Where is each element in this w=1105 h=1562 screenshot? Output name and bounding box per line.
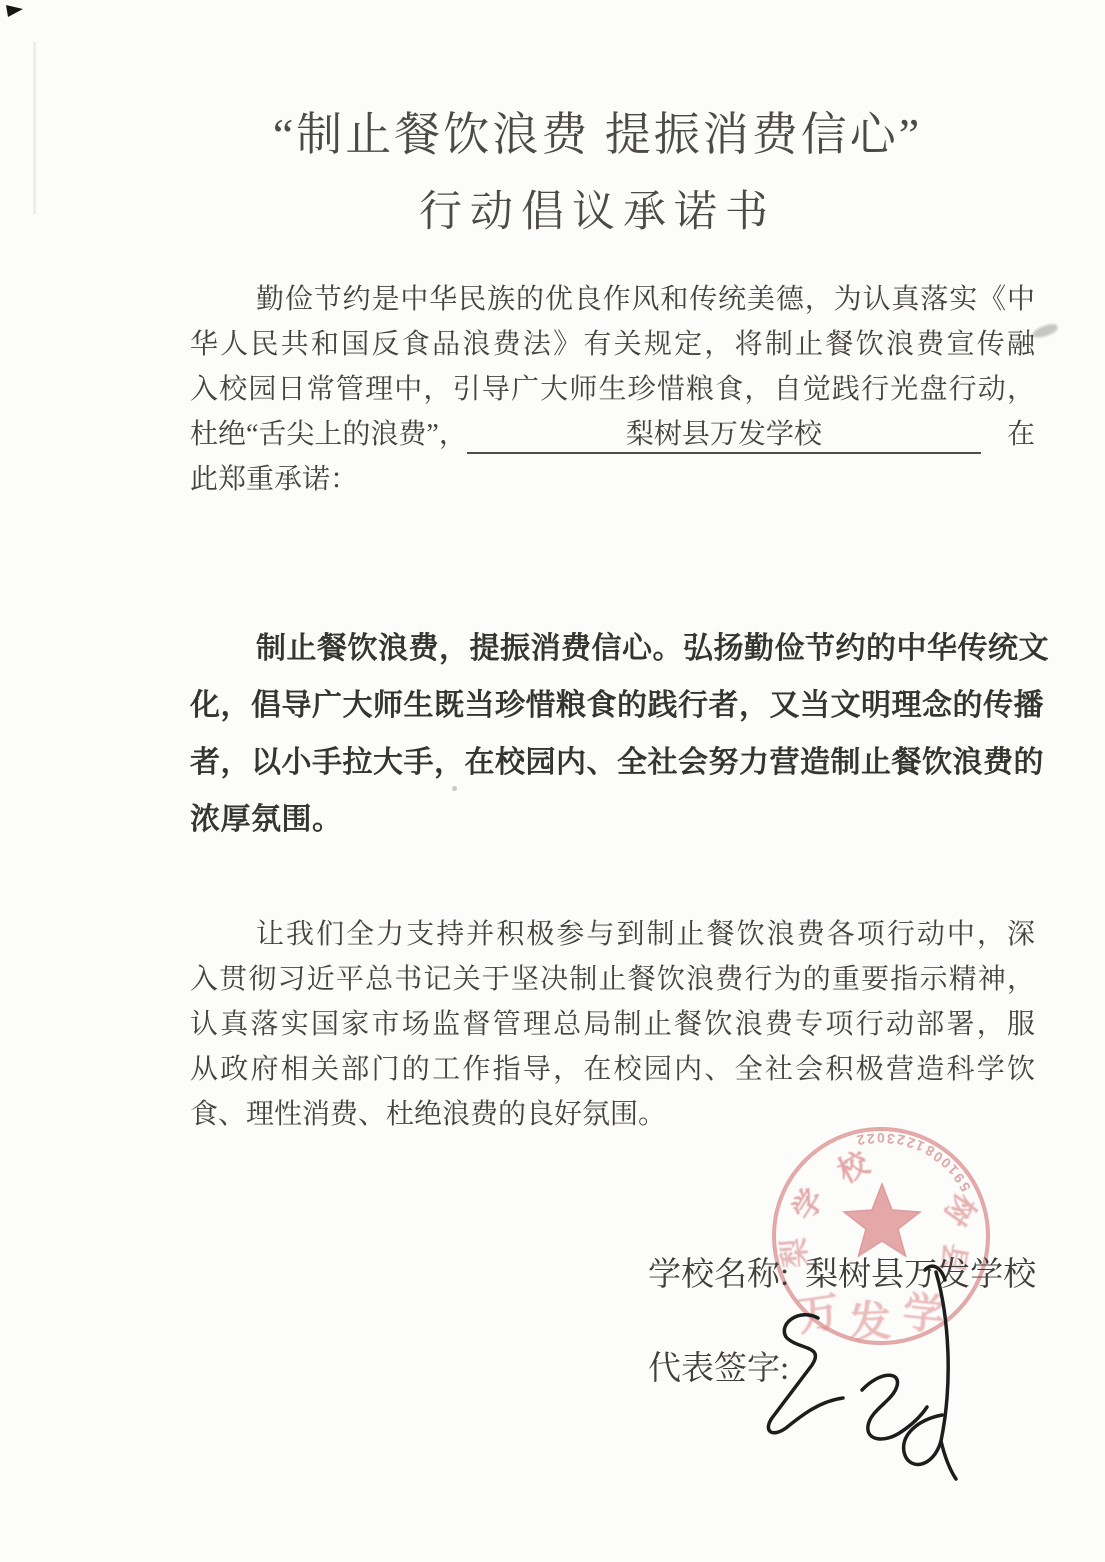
seal-code-digit: 0: [877, 1130, 885, 1146]
paragraph-line: 让我们全力支持并积极参与到制止餐饮浪费各项行动中，深: [190, 912, 1035, 957]
paragraph-line: 勤俭节约是中华民族的优良作风和传统美德，为认真落实《中: [190, 277, 1035, 322]
paragraph-line: 制止餐饮浪费，提振消费信心。弘扬勤俭节约的中华传统文: [190, 620, 1035, 677]
school-name-blank-field: 梨树县万发学校: [467, 412, 981, 454]
paragraph-action: 让我们全力支持并积极参与到制止餐饮浪费各项行动中，深 入贯彻习近平总书记关于坚决…: [190, 912, 1035, 1137]
paragraph-line: 浓厚氛围。: [190, 791, 1035, 848]
paragraph-line: 入贯彻习近平总书记关于坚决制止餐饮浪费行为的重要指示精神，: [190, 957, 1035, 1002]
scan-line-artifact: [33, 42, 36, 214]
scan-smudge-artifact: [1031, 322, 1059, 340]
paragraph-line: 入校园日常管理中，引导广大师生珍惜粮食，自觉践行光盘行动，: [190, 367, 1035, 412]
scan-corner-mark: [0, 0, 30, 24]
paragraph-line: 认真落实国家市场监督管理总局制止餐饮浪费专项行动部署，服: [190, 1002, 1035, 1047]
fill-line-prefix: 杜绝“舌尖上的浪费”，: [190, 412, 467, 457]
paragraph-line: 华人民共和国反食品浪费法》有关规定，将制止餐饮浪费宣传融: [190, 322, 1035, 367]
handwritten-signature: [740, 1255, 1010, 1490]
title-line-2: 行动倡议承诺书: [90, 178, 1105, 239]
title-line-1: “制止餐饮浪费 提振消费信心”: [90, 98, 1105, 164]
paragraph-intro: 勤俭节约是中华民族的优良作风和传统美德，为认真落实《中 华人民共和国反食品浪费法…: [190, 277, 1035, 502]
seal-code-digit: 2: [866, 1130, 875, 1147]
paragraph-line: 从政府相关部门的工作指导，在校园内、全社会积极营造科学饮: [190, 1047, 1035, 1092]
scanned-document-page: “制止餐饮浪费 提振消费信心” 行动倡议承诺书 勤俭节约是中华民族的优良作风和传…: [0, 0, 1105, 1562]
paragraph-line: 者，以小手拉大手，在校园内、全社会努力营造制止餐饮浪费的: [190, 734, 1035, 791]
paragraph-line: 化，倡导广大师生既当珍惜粮食的践行者，又当文明理念的传播: [190, 677, 1035, 734]
document-title: “制止餐饮浪费 提振消费信心” 行动倡议承诺书: [90, 98, 1105, 239]
school-name-fill-line: 杜绝“舌尖上的浪费”， 梨树县万发学校 在: [190, 412, 1035, 457]
fill-line-suffix: 在: [1007, 412, 1035, 457]
paragraph-pledge: 制止餐饮浪费，提振消费信心。弘扬勤俭节约的中华传统文 化，倡导广大师生既当珍惜粮…: [190, 620, 1035, 848]
paragraph-line: 此郑重承诺：: [190, 457, 1035, 502]
